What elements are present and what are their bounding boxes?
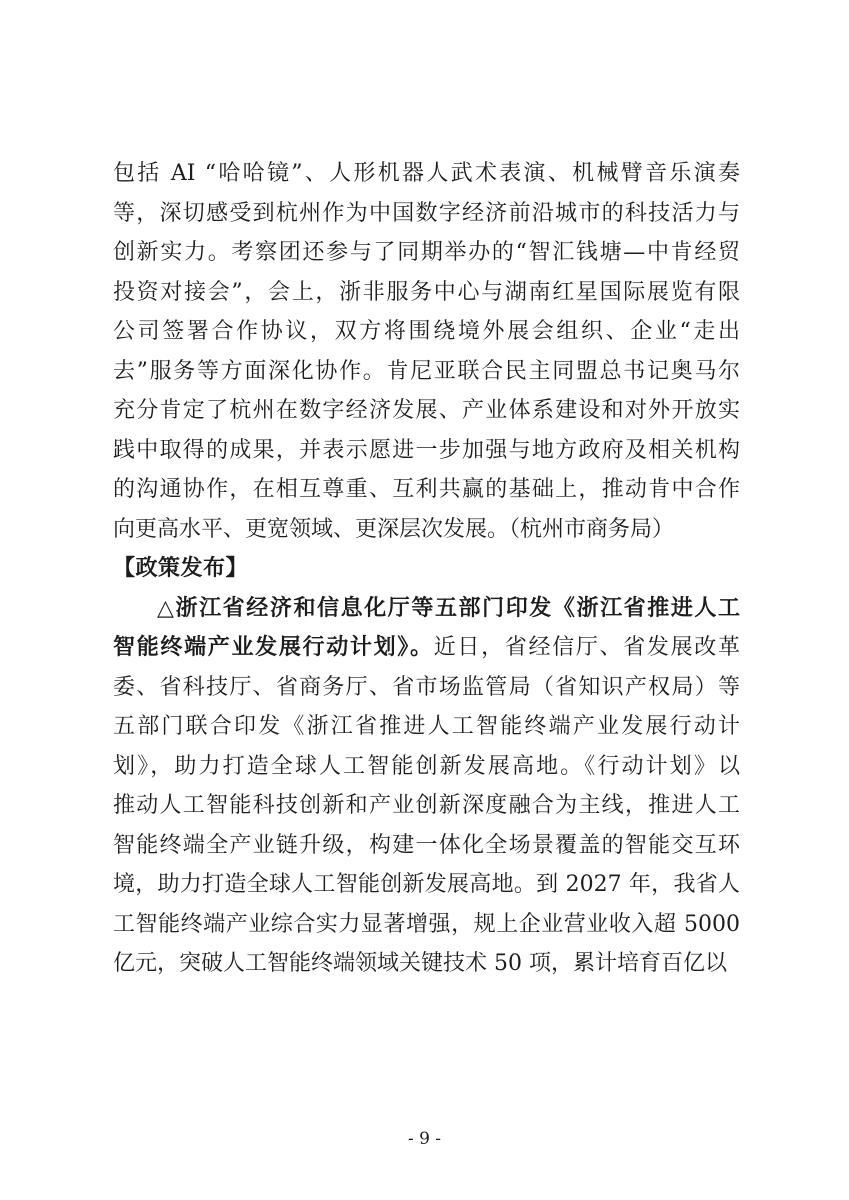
document-text-block: 包括 AI “哈哈镜”、人形机器人武术表演、机械臂音乐演奏 等，深切感受到杭州作… bbox=[113, 154, 740, 984]
text-line: 亿元，突破人工智能终端领域关键技术 50 项，累计培育百亿以 bbox=[113, 944, 740, 984]
text-line: 委、省科技厅、省商务厅、省市场监管局（省知识产权局）等 bbox=[113, 668, 740, 708]
bold-lead-text: 智能终端产业发展行动计划》。 bbox=[113, 635, 434, 660]
text-line: 的沟通协作，在相互尊重、互利共赢的基础上，推动肯中合作 bbox=[113, 470, 740, 510]
text-line: 创新实力。考察团还参与了同期举办的“智汇钱塘—中肯经贸 bbox=[113, 233, 740, 273]
regular-text: 工智能终端产业综合实力显著增强，规上企业营业收入超 5000 bbox=[113, 912, 740, 937]
regular-text: 五部门联合印发《浙江省推进人工智能终端产业发展行动计 bbox=[113, 714, 740, 739]
text-line: 推动人工智能科技创新和产业创新深度融合为主线，推进人工 bbox=[113, 786, 740, 826]
regular-text: 智能终端全产业链升级，构建一体化全场景覆盖的智能交互环 bbox=[113, 833, 740, 858]
text-line: 向更高水平、更宽领域、更深层次发展。（杭州市商务局） bbox=[113, 510, 740, 550]
text-line: 智能终端产业发展行动计划》。近日，省经信厅、省发展改革 bbox=[113, 628, 740, 668]
text-line: 去”服务等方面深化协作。肯尼亚联合民主同盟总书记奥马尔 bbox=[113, 352, 740, 392]
text-line: 等，深切感受到杭州作为中国数字经济前沿城市的科技活力与 bbox=[113, 194, 740, 234]
text-line: 智能终端全产业链升级，构建一体化全场景覆盖的智能交互环 bbox=[113, 826, 740, 866]
regular-text: 近日，省经信厅、省发展改革 bbox=[434, 635, 740, 660]
page-number: - 9 - bbox=[0, 1128, 849, 1150]
text-line: △浙江省经济和信息化厅等五部门印发《浙江省推进人工 bbox=[113, 589, 740, 629]
regular-text: 委、省科技厅、省商务厅、省市场监管局（省知识产权局）等 bbox=[113, 675, 740, 700]
bold-lead-text: △浙江省经济和信息化厅等五部门印发《浙江省推进人工 bbox=[157, 596, 740, 621]
text-line: 境，助力打造全球人工智能创新发展高地。到 2027 年，我省人 bbox=[113, 865, 740, 905]
text-line: 包括 AI “哈哈镜”、人形机器人武术表演、机械臂音乐演奏 bbox=[113, 154, 740, 194]
text-line: 五部门联合印发《浙江省推进人工智能终端产业发展行动计 bbox=[113, 707, 740, 747]
text-line: 践中取得的成果，并表示愿进一步加强与地方政府及相关机构 bbox=[113, 431, 740, 471]
regular-text: 亿元，突破人工智能终端领域关键技术 50 项，累计培育百亿以 bbox=[113, 951, 727, 976]
regular-text: 推动人工智能科技创新和产业创新深度融合为主线，推进人工 bbox=[113, 793, 740, 818]
text-line: 公司签署合作协议，双方将围绕境外展会组织、企业“走出 bbox=[113, 312, 740, 352]
text-line: 充分肯定了杭州在数字经济发展、产业体系建设和对外开放实 bbox=[113, 391, 740, 431]
section-heading: 【政策发布】 bbox=[113, 549, 740, 589]
text-line: 投资对接会”，会上，浙非服务中心与湖南红星国际展览有限 bbox=[113, 273, 740, 313]
document-page: 包括 AI “哈哈镜”、人形机器人武术表演、机械臂音乐演奏 等，深切感受到杭州作… bbox=[0, 0, 849, 1200]
text-line: 划》，助力打造全球人工智能创新发展高地。《行动计划》以 bbox=[113, 747, 740, 787]
regular-text: 境，助力打造全球人工智能创新发展高地。到 2027 年，我省人 bbox=[113, 872, 740, 897]
regular-text: 划》，助力打造全球人工智能创新发展高地。《行动计划》以 bbox=[113, 754, 740, 779]
text-line: 工智能终端产业综合实力显著增强，规上企业营业收入超 5000 bbox=[113, 905, 740, 945]
